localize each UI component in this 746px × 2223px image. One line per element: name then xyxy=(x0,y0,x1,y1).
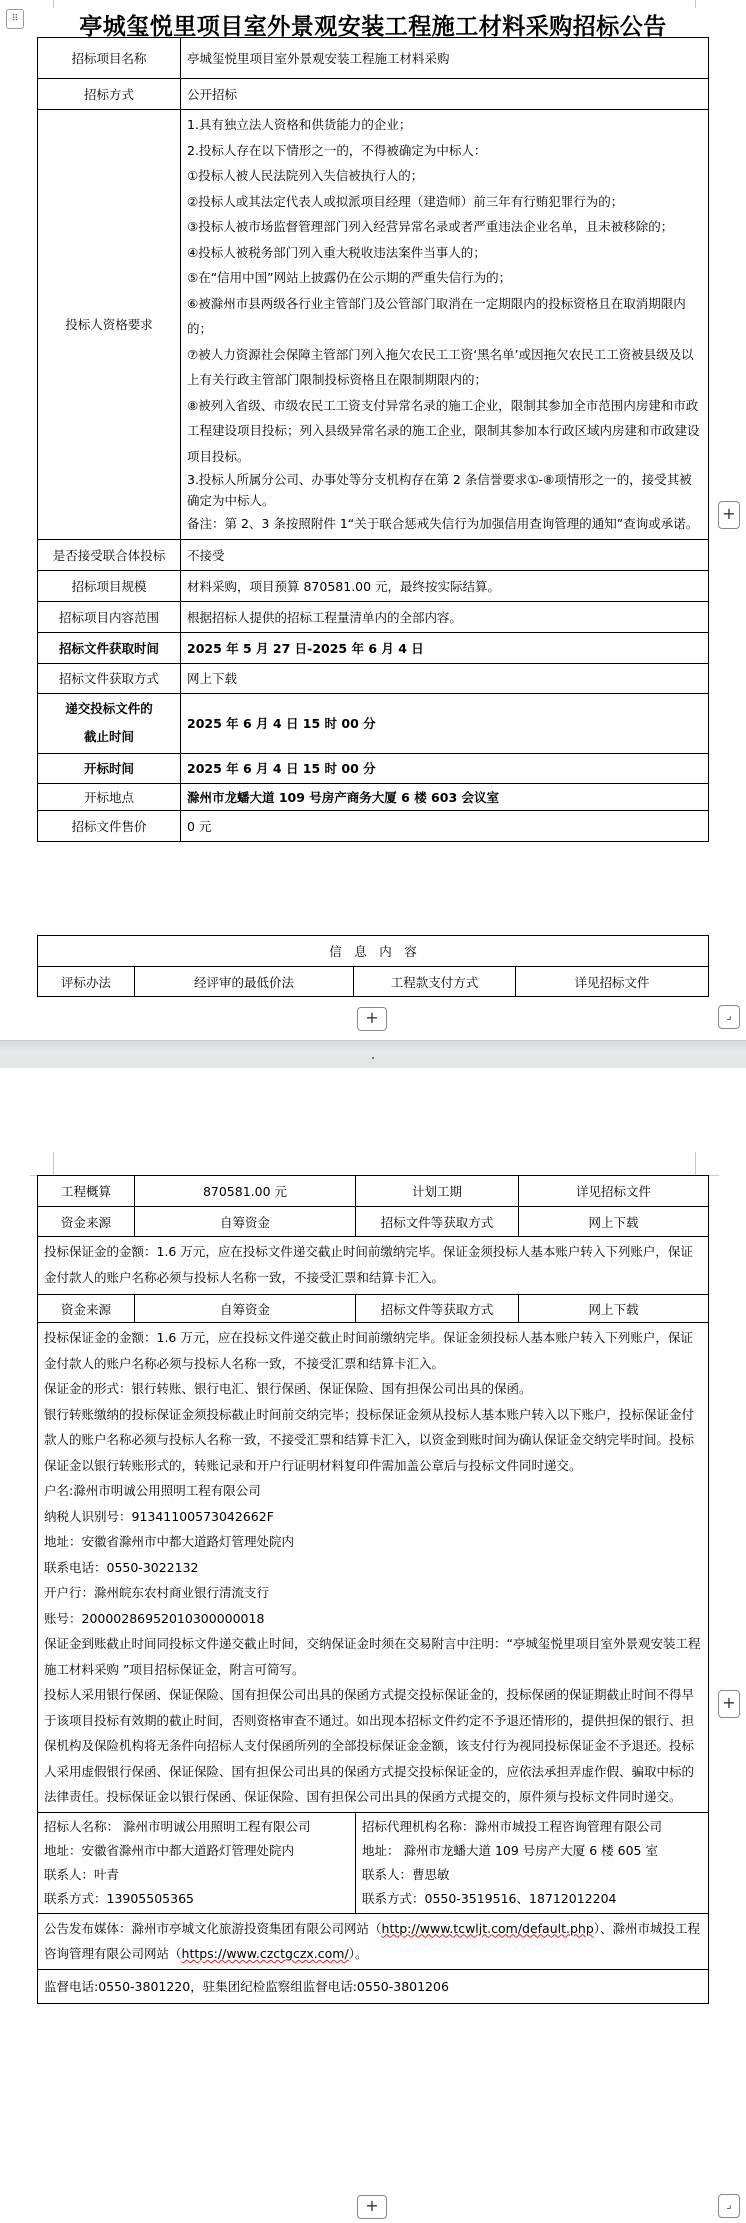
table-row: 是否接受联合体投标 不接受 xyxy=(38,539,709,570)
deadline-label-line: 截止时间 xyxy=(44,723,174,751)
table-row: 开标时间 2025 年 6 月 4 日 15 时 00 分 xyxy=(38,753,709,783)
info-header: 信 息 内 容 xyxy=(38,936,709,967)
row-label: 开标地点 xyxy=(38,783,181,810)
document-page-2: 工程概算 870581.00 元 计划工期 详见招标文件 资金来源 自筹资金 招… xyxy=(0,1068,746,2223)
supervision-cell[interactable]: 监督电话:0550-3801220，驻集团纪检监察组监督电话:0550-3801… xyxy=(38,1969,709,2003)
table-row: 投标保证金的金额：1.6 万元，应在投标文件递交截止时间前缴纳完毕。保证金须投标… xyxy=(38,1237,709,1295)
add-column-button[interactable]: + xyxy=(718,501,740,529)
table-row: 招标项目规模 材料采购，项目预算 870581.00 元，最终按实际结算。 xyxy=(38,570,709,601)
qualification-cell[interactable]: 1.具有独立法人资格和供货能力的企业； 2.投标人存在以下情形之一的，不得被确定… xyxy=(181,110,709,540)
deposit-line: 保证金的形式：银行转账、银行电汇、银行保函、保证保险、国有担保公司出具的保函。 xyxy=(44,1376,702,1402)
deposit-line: 投标保证金的金额：1.6 万元，应在投标文件递交截止时间前缴纳完毕。保证金须投标… xyxy=(44,1325,702,1376)
info-content-table: 信 息 内 容 评标办法 经评审的最低价法 工程款支付方式 详见招标文件 xyxy=(37,935,709,997)
table-row: 招标文件获取方式 网上下载 xyxy=(38,663,709,693)
contacts-row: 招标人名称： 滁州市明诚公用照明工程有限公司 地址：安徽省滁州市中都大道路灯管理… xyxy=(38,1812,709,1913)
tenderer-contact: 联系人：叶青 xyxy=(44,1863,349,1887)
deposit-details-cell[interactable]: 投标保证金的金额：1.6 万元，应在投标文件递交截止时间前缴纳完毕。保证金须投标… xyxy=(38,1323,709,1813)
tenderer-phone: 联系方式：13905505365 xyxy=(44,1887,349,1911)
table-row: 资金来源 自筹资金 招标文件等获取方式 网上下载 xyxy=(38,1207,709,1237)
document-page-1: ⠿ 亭城玺悦里项目室外景观安装工程施工材料采购招标公告 招标项目名称 亭城玺悦里… xyxy=(0,0,746,1040)
row-value[interactable]: 0 元 xyxy=(181,810,709,841)
deposit-line: 地址：安徽省滁州市中都大道路灯管理处院内 xyxy=(44,1529,702,1555)
row-label: 是否接受联合体投标 xyxy=(38,539,181,570)
cell[interactable]: 网上下载 xyxy=(519,1207,709,1237)
qualification-line: ⑤在“信用中国”网站上披露仍在公示期的严重失信行为的； xyxy=(187,265,702,291)
row-label: 递交投标文件的 截止时间 xyxy=(38,693,181,753)
row-label: 招标文件售价 xyxy=(38,810,181,841)
table-resize-handle[interactable]: ⌟ xyxy=(718,1005,740,1029)
table-row: 招标方式 公开招标 xyxy=(38,79,709,110)
deadline-label-line: 递交投标文件的 xyxy=(44,695,174,723)
add-row-button[interactable]: + xyxy=(357,1007,387,1031)
page-corner-mark xyxy=(53,1152,54,1176)
media-link-2[interactable]: https://www.czctgczx.com/ xyxy=(182,1946,349,1961)
media-prefix: 公告发布媒体：滁州市亭城文化旅游投资集团有限公司网站（ xyxy=(44,1921,382,1936)
qualification-line: ⑦被人力资源社会保障主管部门列入拖欠农民工工资‘黑名单’或因拖欠农民工工资被县级… xyxy=(187,342,702,393)
row-value[interactable]: 2025 年 6 月 4 日 15 时 00 分 xyxy=(181,753,709,783)
summary-table: 工程概算 870581.00 元 计划工期 详见招标文件 资金来源 自筹资金 招… xyxy=(37,1175,709,2004)
cell[interactable]: 自筹资金 xyxy=(135,1295,356,1323)
row-value[interactable]: 公开招标 xyxy=(181,79,709,110)
cell: 招标文件等获取方式 xyxy=(356,1207,519,1237)
add-row-button[interactable]: + xyxy=(357,2195,387,2219)
media-row: 公告发布媒体：滁州市亭城文化旅游投资集团有限公司网站（http://www.tc… xyxy=(38,1913,709,1969)
page-separator-dot xyxy=(372,1057,374,1059)
info-header-row: 信 息 内 容 xyxy=(38,936,709,967)
page-corner-mark xyxy=(695,1152,696,1176)
tenderer-address: 地址：安徽省滁州市中都大道路灯管理处院内 xyxy=(44,1839,349,1863)
qualification-line: ④投标人被税务部门列入重大税收违法案件当事人的； xyxy=(187,240,702,266)
table-row: 招标文件获取时间 2025 年 5 月 27 日-2025 年 6 月 4 日 xyxy=(38,632,709,663)
cell[interactable]: 自筹资金 xyxy=(135,1207,356,1237)
page-separator xyxy=(0,1040,746,1070)
supervision-row: 监督电话:0550-3801220，驻集团纪检监察组监督电话:0550-3801… xyxy=(38,1969,709,2003)
tenderer-cell[interactable]: 招标人名称： 滁州市明诚公用照明工程有限公司 地址：安徽省滁州市中都大道路灯管理… xyxy=(38,1812,356,1913)
table-row: 招标项目内容范围 根据招标人提供的招标工程量清单内的全部内容。 xyxy=(38,601,709,632)
table-resize-handle[interactable]: ⌟ xyxy=(718,2194,740,2218)
cell: 工程概算 xyxy=(38,1176,135,1207)
row-label: 招标项目名称 xyxy=(38,38,181,79)
row-label: 招标文件获取方式 xyxy=(38,663,181,693)
row-value[interactable]: 亭城玺悦里项目室外景观安装工程施工材料采购 xyxy=(181,38,709,79)
media-link-1[interactable]: http://www.tcwljt.com/default.php xyxy=(382,1921,594,1936)
row-label: 招标项目内容范围 xyxy=(38,601,181,632)
cell[interactable]: 详见招标文件 xyxy=(516,967,709,997)
table-row-deposit: 投标保证金的金额：1.6 万元，应在投标文件递交截止时间前缴纳完毕。保证金须投标… xyxy=(38,1323,709,1813)
deposit-line: 账号：20000286952010300000018 xyxy=(44,1606,702,1632)
page-corner-mark xyxy=(695,0,696,8)
cell: 计划工期 xyxy=(356,1176,519,1207)
row-value[interactable]: 2025 年 6 月 4 日 15 时 00 分 xyxy=(181,693,709,753)
row-value[interactable]: 网上下载 xyxy=(181,663,709,693)
cell: 招标文件等获取方式 xyxy=(356,1295,519,1323)
deposit-line: 投标人采用银行保函、保证保险、国有担保公司出具的保函方式提交投标保证金的，投标保… xyxy=(44,1682,702,1810)
row-value[interactable]: 材料采购，项目预算 870581.00 元，最终按实际结算。 xyxy=(181,570,709,601)
table-row: 资金来源 自筹资金 招标文件等获取方式 网上下载 xyxy=(38,1295,709,1323)
table-row: 工程概算 870581.00 元 计划工期 详见招标文件 xyxy=(38,1176,709,1207)
deposit-line: 纳税人识别号：91341100573042662F xyxy=(44,1504,702,1530)
row-label: 招标文件获取时间 xyxy=(38,632,181,663)
agency-phone: 联系方式：0550-3519516、18712012204 xyxy=(362,1887,702,1911)
row-label: 投标人资格要求 xyxy=(38,110,181,540)
table-row: 招标文件售价 0 元 xyxy=(38,810,709,841)
agency-name: 招标代理机构名称：滁州市城投工程咨询管理有限公司 xyxy=(362,1815,702,1839)
table-row: 招标项目名称 亭城玺悦里项目室外景观安装工程施工材料采购 xyxy=(38,38,709,79)
deposit-line: 保证金到账截止时间同投标文件递交截止时间，交纳保证金时须在交易附言中注明：“亭城… xyxy=(44,1631,702,1682)
cell[interactable]: 网上下载 xyxy=(519,1295,709,1323)
qualification-line: 3.投标人所属分公司、办事处等分支机构存在第 2 条信誉要求①-⑧项情形之一的，… xyxy=(187,469,702,511)
table-row: 递交投标文件的 截止时间 2025 年 6 月 4 日 15 时 00 分 xyxy=(38,693,709,753)
deposit-line: 联系电话：0550-3022132 xyxy=(44,1555,702,1581)
tender-info-table: 招标项目名称 亭城玺悦里项目室外景观安装工程施工材料采购 招标方式 公开招标 投… xyxy=(37,37,709,842)
qualification-line: ②投标人或其法定代表人或拟派项目经理（建造师）前三年有行贿犯罪行为的； xyxy=(187,189,702,215)
deposit-line: 开户行：滁州皖东农村商业银行清流支行 xyxy=(44,1580,702,1606)
agency-contact: 联系人：曹思敏 xyxy=(362,1863,702,1887)
agency-address: 地址： 滁州市龙蟠大道 109 号房产大厦 6 楼 605 室 xyxy=(362,1839,702,1863)
qualification-line: ①投标人被人民法院列入失信被执行人的； xyxy=(187,163,702,189)
cell: 评标办法 xyxy=(38,967,135,997)
media-cell[interactable]: 公告发布媒体：滁州市亭城文化旅游投资集团有限公司网站（http://www.tc… xyxy=(38,1913,709,1969)
qualification-line: ③投标人被市场监督管理部门列入经营异常名录或者严重违法企业名单，且未被移除的； xyxy=(187,214,702,240)
cell: 工程款支付方式 xyxy=(354,967,516,997)
row-value[interactable]: 2025 年 5 月 27 日-2025 年 6 月 4 日 xyxy=(181,632,709,663)
add-column-button[interactable]: + xyxy=(718,1690,740,1718)
qualification-line: 备注：第 2、3 条按照附件 1“关于联合惩戒失信行为加强信用查询管理的通知”查… xyxy=(187,511,702,537)
tenderer-name: 招标人名称： 滁州市明诚公用照明工程有限公司 xyxy=(44,1815,349,1839)
table-row-qualification: 投标人资格要求 1.具有独立法人资格和供货能力的企业； 2.投标人存在以下情形之… xyxy=(38,110,709,540)
qualification-line: 1.具有独立法人资格和供货能力的企业； xyxy=(187,112,702,138)
table-row: 评标办法 经评审的最低价法 工程款支付方式 详见招标文件 xyxy=(38,967,709,997)
cell: 资金来源 xyxy=(38,1295,135,1323)
qualification-line: ⑧被列入省级、市级农民工工资支付异常名录的施工企业，限制其参加全市范围内房建和市… xyxy=(187,393,702,470)
overlap-deposit-cell[interactable]: 投标保证金的金额：1.6 万元，应在投标文件递交截止时间前缴纳完毕。保证金须投标… xyxy=(38,1237,709,1295)
page-corner-mark xyxy=(53,0,54,8)
cell[interactable]: 经评审的最低价法 xyxy=(135,967,354,997)
qualification-line: ⑥被滁州市县两级各行业主管部门及公管部门取消在一定期限内的投标资格且在取消期限内… xyxy=(187,291,702,342)
cell[interactable]: 详见招标文件 xyxy=(519,1176,709,1207)
qualification-line: 2.投标人存在以下情形之一的，不得被确定为中标人： xyxy=(187,138,702,164)
table-row: 开标地点 滁州市龙蟠大道 109 号房产商务大厦 6 楼 603 会议室 xyxy=(38,783,709,810)
agency-cell[interactable]: 招标代理机构名称：滁州市城投工程咨询管理有限公司 地址： 滁州市龙蟠大道 109… xyxy=(356,1812,709,1913)
media-suffix: ）。 xyxy=(349,1946,368,1961)
row-label: 开标时间 xyxy=(38,753,181,783)
row-label: 招标方式 xyxy=(38,79,181,110)
row-label: 招标项目规模 xyxy=(38,570,181,601)
deposit-line: 银行转账缴纳的投标保证金须投标截止时间前交纳完毕；投标保证金须从投标人基本账户转… xyxy=(44,1402,702,1479)
cell[interactable]: 870581.00 元 xyxy=(135,1176,356,1207)
row-value[interactable]: 根据招标人提供的招标工程量清单内的全部内容。 xyxy=(181,601,709,632)
cell: 资金来源 xyxy=(38,1207,135,1237)
row-value[interactable]: 不接受 xyxy=(181,539,709,570)
row-value[interactable]: 滁州市龙蟠大道 109 号房产商务大厦 6 楼 603 会议室 xyxy=(181,783,709,810)
deposit-line: 户名:滁州市明诚公用照明工程有限公司 xyxy=(44,1478,702,1504)
